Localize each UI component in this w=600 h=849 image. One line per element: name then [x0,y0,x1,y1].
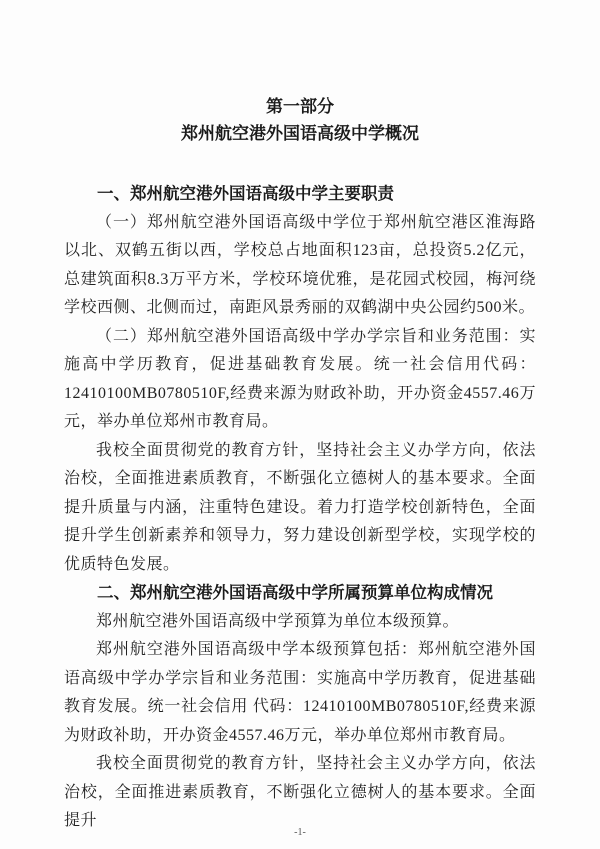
section-1-paragraph-2: （二）郑州航空港外国语高级中学办学宗旨和业务范围：实施高中学历教育，促进基础教育… [64,323,536,437]
section-budget-units: 二、郑州航空港外国语高级中学所属预算单位构成情况 郑州航空港外国语高级中学预算为… [64,579,536,836]
section-2-paragraph-3: 我校全面贯彻党的教育方针，坚持社会主义办学方向，依法治校，全面推进素质教育，不断… [64,750,536,836]
part-title: 第一部分 [64,93,536,120]
section-1-heading: 一、郑州航空港外国语高级中学主要职责 [64,180,536,209]
document-title: 郑州航空港外国语高级中学概况 [64,120,536,147]
section-main-duties: 一、郑州航空港外国语高级中学主要职责 （一）郑州航空港外国语高级中学位于郑州航空… [64,180,536,579]
section-2-paragraph-2: 郑州航空港外国语高级中学本级预算包括：郑州航空港外国语高级中学办学宗旨和业务范围… [64,636,536,750]
section-2-paragraph-1: 郑州航空港外国语高级中学预算为单位本级预算。 [64,608,536,637]
section-1-paragraph-1: （一）郑州航空港外国语高级中学位于郑州航空港区淮海路以北、双鹤五街以西，学校总占… [64,209,536,323]
document-page: 第一部分 郑州航空港外国语高级中学概况 一、郑州航空港外国语高级中学主要职责 （… [0,0,600,849]
page-number: -1- [0,827,600,838]
section-1-paragraph-3: 我校全面贯彻党的教育方针，坚持社会主义办学方向，依法治校，全面推进素质教育，不断… [64,437,536,580]
section-2-heading: 二、郑州航空港外国语高级中学所属预算单位构成情况 [64,579,536,608]
